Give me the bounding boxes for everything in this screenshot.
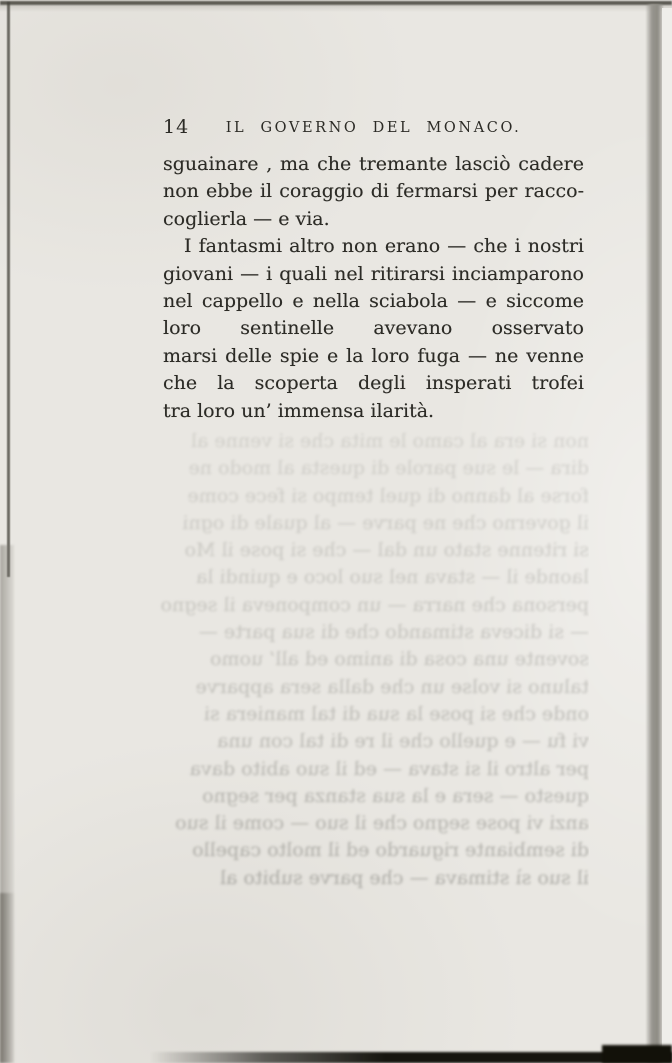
bleedthrough-line: non si era al camo le mita che si venne … [151,428,589,455]
scan-edge-top-shadow [0,5,672,12]
scan-edge-left [7,2,10,577]
paragraph-2: I fantasmi altro non erano — che i nostr… [163,233,584,425]
text-line: loro sentinelle avevano osservato l’appr… [163,315,584,342]
bleedthrough-line: onde che si pose la sua di tal maniera s… [151,701,589,728]
bleedthrough-line: laonde il — stava nel suo loco e quindi … [151,564,589,591]
page-header: 14 IL GOVERNO DEL MONACO. [163,116,584,140]
scan-edge-bottom [150,1052,672,1063]
running-title: IL GOVERNO DEL MONACO. [163,120,584,136]
bleedthrough-line: — si diceva stimando che di sua parte — [151,619,589,646]
bleedthrough-line: persona che narra — un componeva il segn… [151,592,589,619]
text-line: nel cappello e nella sciabola — e siccom… [163,288,584,315]
page-stack-edge-right [646,4,663,1063]
bleedthrough-text: non si era al camo le mita che si venne … [151,428,589,892]
text-line: che la scoperta degli insperati trofei p… [163,370,584,397]
text-line: tra loro un’ immensa ilarità. [163,398,584,425]
bleedthrough-line: per altro il si stava — ed il suo abito … [151,756,589,783]
paragraph-1: sguainare , ma che tremante lasciò cader… [163,151,584,233]
bleedthrough-line: anzi vi pose segno che il suo — come il … [151,810,589,837]
bleedthrough-line: sovente una cosa di animo ed all’ uomo [151,646,589,673]
text-line: non ebbe il coraggio di fermarsi per rac… [163,178,584,205]
bleedthrough-line: si ritenne stato un dal — che si pose il… [151,537,589,564]
text-line: giovani — i quali nel ritirarsi inciampa… [163,261,584,288]
scan-corner-bottom-right [602,1045,672,1063]
main-text: sguainare , ma che tremante lasciò cader… [163,151,584,425]
page-edge-highlight-right [662,8,672,1053]
bleedthrough-line: forse al danno di quel tempo si fece com… [151,483,589,510]
bleedthrough-line: taluno si volse un che dalla sera apparv… [151,674,589,701]
bleedthrough-line: il governo che ne parve — al quale di og… [151,510,589,537]
text-line: coglierla — e via. [163,206,584,233]
bleedthrough-line: il suo sì stimava — che parve subito al [151,865,589,892]
bleedthrough-line: vi fu — e quello che il re di tal con un… [151,728,589,755]
scan-edge-left-bottom [0,893,15,1063]
bleedthrough-line: di sembiante riguardo ed il molto capell… [151,837,589,864]
scanned-book-page: 14 IL GOVERNO DEL MONACO. sguainare , ma… [0,0,672,1063]
text-line: sguainare , ma che tremante lasciò cader… [163,151,584,178]
text-line: I fantasmi altro non erano — che i nostr… [163,233,584,260]
text-line: marsi delle spie e la loro fuga — ne ven… [163,343,584,370]
bleedthrough-line: dira — le sue parole di questa al modo n… [151,455,589,482]
bleedthrough-line: questo — sera e la sua stanza per segno [151,783,589,810]
